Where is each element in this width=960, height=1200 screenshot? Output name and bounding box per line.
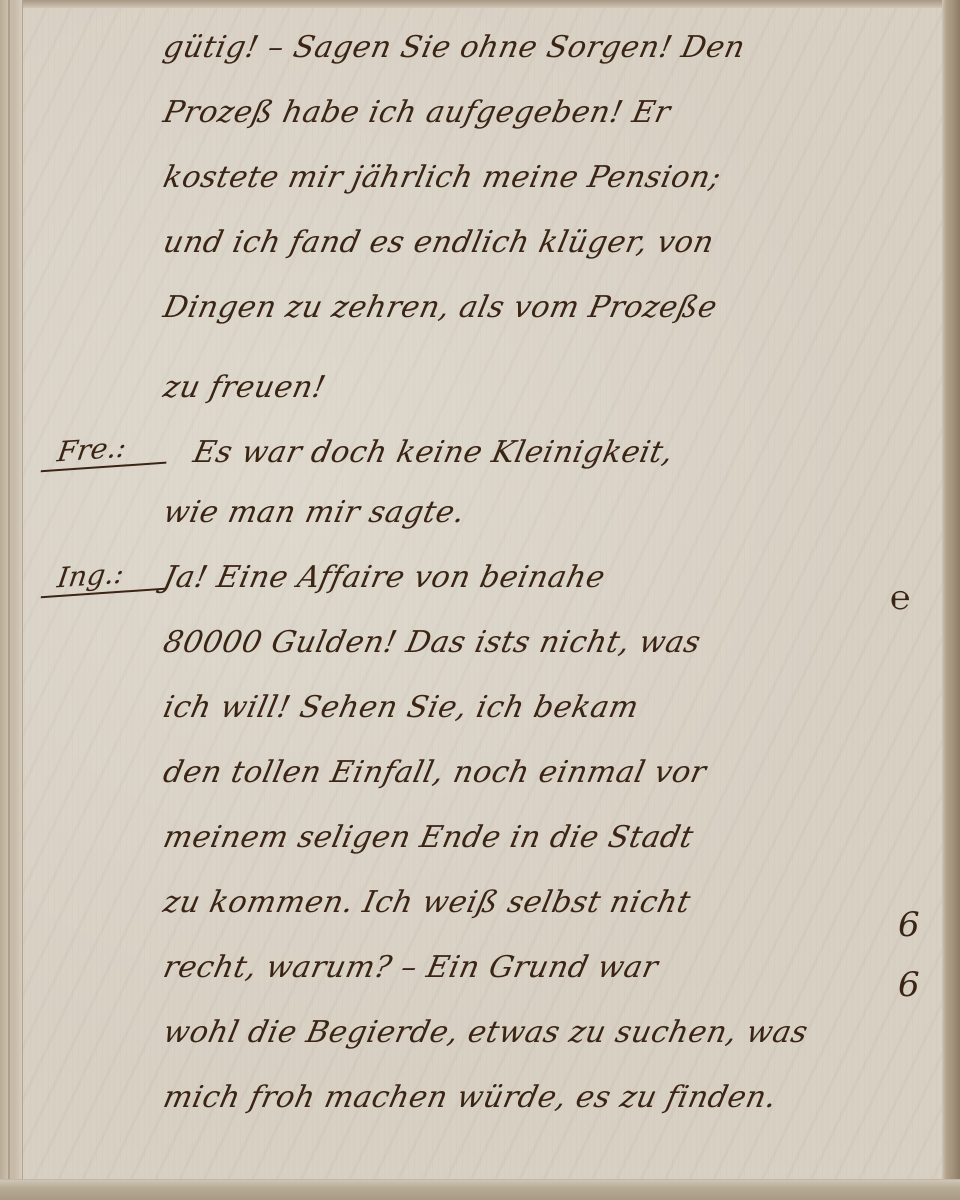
text-line: zu kommen. Ich weiß selbst nicht — [160, 885, 948, 921]
text-line: gütig! – Sagen Sie ohne Sorgen! Den — [160, 30, 948, 66]
text-line: den tollen Einfall, noch einmal vor — [160, 755, 948, 791]
text-line: und ich fand es endlich klüger, von — [160, 225, 948, 261]
margin-flourish: ℮ — [890, 578, 910, 618]
margin-flourish: 6 — [898, 965, 920, 1005]
binding-gutter — [0, 0, 23, 1200]
text-line: recht, warum? – Ein Grund war — [160, 950, 948, 986]
gutter-fold-line — [8, 0, 10, 1200]
speaker-label-fre: Fre.: — [41, 428, 172, 473]
text-line: Es war doch keine Kleinigkeit, — [190, 435, 960, 471]
manuscript-page: gütig! – Sagen Sie ohne Sorgen! Den Proz… — [0, 0, 960, 1200]
margin-flourish: 6 — [898, 905, 920, 945]
page-bottom-edge — [0, 1179, 960, 1200]
text-line: ich will! Sehen Sie, ich bekam — [160, 690, 948, 726]
text-line: zu freuen! — [160, 370, 948, 406]
text-line: mich froh machen würde, es zu finden. — [160, 1080, 948, 1116]
text-line: kostete mir jährlich meine Pension; — [160, 160, 948, 196]
text-line: Dingen zu zehren, als vom Prozeße — [160, 290, 948, 326]
text-line: Prozeß habe ich aufgegeben! Er — [160, 95, 948, 131]
text-line: meinem seligen Ende in die Stadt — [160, 820, 948, 856]
text-line: Ja! Eine Affaire von beinahe — [160, 560, 948, 596]
page-top-edge — [0, 0, 960, 8]
text-line: wie man mir sagte. — [160, 495, 948, 531]
text-line: wohl die Begierde, etwas zu suchen, was — [160, 1015, 948, 1051]
speaker-label-ing: Ing.: — [41, 554, 172, 599]
text-line: 80000 Gulden! Das ists nicht, was — [160, 625, 948, 661]
